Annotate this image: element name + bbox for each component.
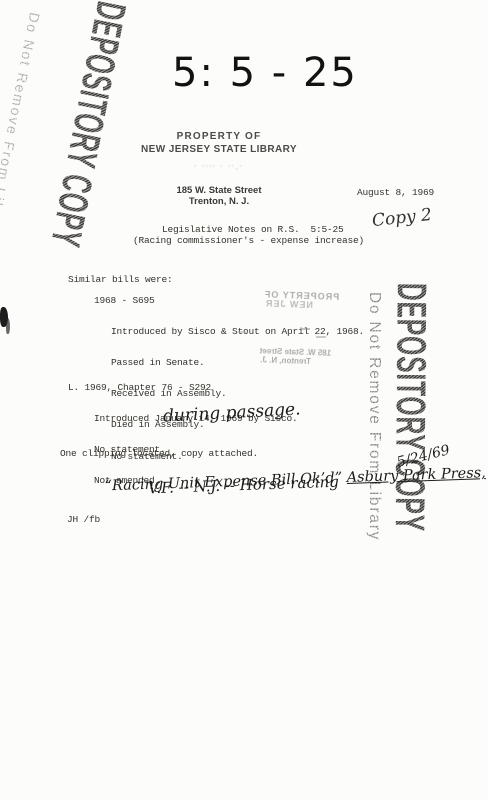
bill-number: 1968 - S695 [94, 295, 155, 306]
title-line1: Legislative Notes on R.S. 5:5-25 [162, 224, 344, 235]
similar-bills-heading: Similar bills were: [68, 274, 173, 285]
depository-copy-stamp-right: DEPOSITORY COPY [388, 283, 432, 532]
ink-smudge [0, 307, 8, 327]
handwritten-copy-note: Copy 2 [371, 205, 433, 231]
handwritten-call-number: 5: 5 - 25 [172, 50, 358, 96]
mirrored-ink-transfer: PROPERTY OF NEW JER 185 W. State Street … [215, 288, 348, 372]
property-stamp-line1: PROPERTY OF [140, 131, 298, 142]
typed-date: August 8, 1969 [357, 187, 434, 198]
pencil-marks [300, 328, 310, 330]
law-heading: L. 1969, Chapter 76 - S292 [68, 382, 211, 393]
property-stamp: PROPERTY OF NEW JERSEY STATE LIBRARY [140, 131, 298, 155]
depository-copy-stamp-left: DEPOSITORY COPY [44, 0, 132, 251]
address-city: Trenton, N. J. [140, 196, 298, 207]
do-not-remove-stamp-left: Do Not Remove From Library [0, 11, 42, 244]
do-not-remove-stamp-right: Do Not Remove From Library [367, 292, 383, 541]
faded-stamp-marks: ' '''' ' ''-' [140, 164, 298, 173]
address-street: 185 W. State Street [140, 185, 298, 196]
ghost-address2: Trenton, N. J. [260, 355, 311, 366]
property-stamp-line2: NEW JERSEY STATE LIBRARY [140, 144, 298, 155]
title-line2: (Racing commissioner's - expense increas… [133, 235, 364, 246]
library-address: 185 W. State Street Trenton, N. J. [140, 185, 298, 207]
scanned-document-page: DEPOSITORY COPY Do Not Remove From Libra… [0, 0, 488, 800]
typist-initials: JH /fb [67, 514, 100, 525]
ghost-property-line2: NEW JER [265, 298, 313, 310]
